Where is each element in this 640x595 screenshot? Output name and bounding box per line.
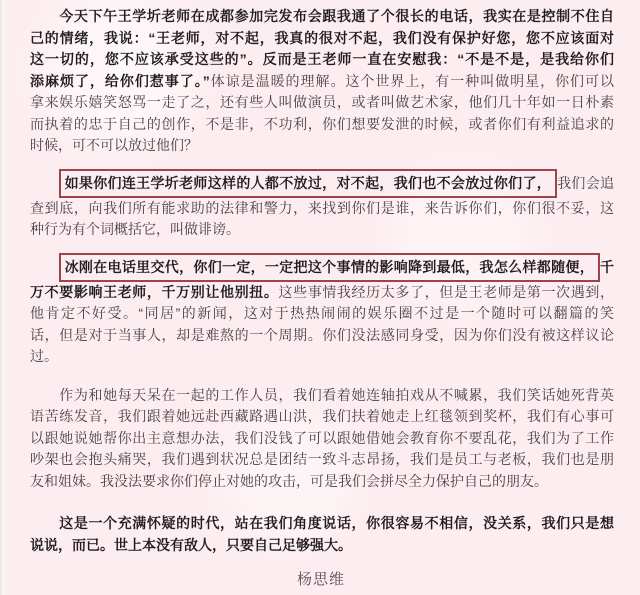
text-line: 他肯定不好受。“同居”的新闻，这对于热热闹闹的娱乐圈不过是一个随时可以翻篇的笑	[30, 303, 614, 325]
text-segment: 友和姐妹。我没法要求你们停止对她的攻击，可是我们会拼尽全力保护自己的朋友。	[30, 473, 548, 489]
article-content: 今天下午王学圻老师在成都参加完发布会跟我通了个很长的电话，我实在是控制不住自己的…	[2, 0, 640, 556]
text-line: 过。	[30, 346, 614, 368]
text-line: 添麻烦了，给你们惹事了。”体谅是温暖的理解。这个世界上，有一种叫做明星，你们可以	[30, 71, 614, 93]
p4-staff-memories: 作为和她每天呆在一起的工作人员，我们看着她连轴拍戏从不喊累，我们笑话她死背英语苦…	[30, 385, 614, 493]
text-line: 作为和她每天呆在一起的工作人员，我们看着她连轴拍戏从不喊累，我们笑话她死背英	[30, 385, 614, 407]
highlight-box: 冰刚在电话里交代，你们一定，一定把这个事情的影响降到最低，我怎么样都随便，	[59, 253, 600, 282]
text-line: 友和姐妹。我没法要求你们停止对她的攻击，可是我们会拼尽全力保护自己的朋友。	[30, 471, 614, 493]
text-segment: 这些事情我经历太多了，但是王老师是第一次遇到，	[278, 284, 614, 300]
text-segment: 而执着的忠于自己的创作，不是非，不功利，你们想要发泄的时候，或者你们有利益追求的	[30, 116, 614, 132]
p3-phone-instruction: 冰刚在电话里交代，你们一定，一定把这个事情的影响降到最低，我怎么样都随便，千万不…	[30, 252, 614, 368]
text-segment: 时候，可不可以放过他们？	[30, 137, 198, 153]
text-segment: 我们会追	[557, 175, 614, 191]
text-segment	[30, 387, 59, 403]
text-segment	[30, 175, 59, 191]
text-segment: 作为和她每天呆在一起的工作人员，我们看着她连轴拍戏从不喊累，我们笑话她死背英	[59, 387, 614, 403]
text-segment: 过。	[30, 348, 58, 364]
text-line: 以跟她说她帮你出主意想办法，我们没钱了可以跟她借她会教育你不要乱花，我们为了工作	[30, 428, 614, 450]
text-line: 如果你们连王学圻老师这样的人都不放过，对不起，我们也不会放过你们了，我们会追	[30, 168, 614, 198]
text-segment: 千	[600, 259, 614, 275]
text-line: 吵架也会抱头痛哭，我们遇到状况总是团结一致斗志昂扬，我们是员工与老板，我们也是朋	[30, 449, 614, 471]
p5-closing: 这是一个充满怀疑的时代，站在我们角度说话，你很容易不相信，没关系，我们只是想说说…	[30, 513, 614, 556]
text-line: 话，但是对于当事人，却是难熬的一个周期。你们没法感同身受，因为你们没有被这样议论	[30, 325, 614, 347]
text-line: 这一切的，您不应该承受这些的”。反而是王老师一直在安慰我：“不是不是，是我给你们	[30, 49, 614, 71]
text-segment: 查到底，向我们所有能求助的法律和警力，来找到你们是谁，来告诉你们，你们很不妥，这	[30, 200, 614, 216]
text-line: 语苦练发音，我们跟着她远赴西藏路遇山洪，我们扶着她走上红毯领到奖杯，我们有心事可	[30, 406, 614, 428]
text-segment	[30, 515, 59, 531]
text-line: 种行为有个词概括它，叫做诽谤。	[30, 219, 614, 241]
text-segment	[30, 8, 59, 24]
text-line: 己的情绪，我说：“王老师，对不起，我真的很对不起，我们没有保护好您，您不应该面对	[30, 28, 614, 50]
text-segment: 万不要影响王老师，千万别让他别扭。	[30, 284, 278, 300]
text-line: 时候，可不可以放过他们？	[30, 135, 614, 157]
text-segment: 说说，而已。世上本没有敌人，只要自己足够强大。	[30, 537, 352, 553]
text-segment: 添麻烦了，给你们惹事了。”	[30, 73, 210, 89]
text-segment: 话，但是对于当事人，却是难熬的一个周期。你们没法感同身受，因为你们没有被这样议论	[30, 327, 614, 343]
text-segment: 这一切的，您不应该承受这些的”。反而是王老师一直在安慰我：“不是不是，是我给你们	[30, 51, 614, 67]
text-segment: 语苦练发音，我们跟着她远赴西藏路遇山洪，我们扶着她走上红毯领到奖杯，我们有心事可	[30, 408, 614, 424]
text-line: 说说，而已。世上本没有敌人，只要自己足够强大。	[30, 535, 614, 557]
text-segment: 以跟她说她帮你出主意想办法，我们没钱了可以跟她借她会教育你不要乱花，我们为了工作	[30, 430, 614, 446]
text-segment: 己的情绪，我说：“王老师，对不起，我真的很对不起，我们没有保护好您，您不应该面对	[30, 30, 614, 46]
text-segment: 这是一个充满怀疑的时代，站在我们角度说话，你很容易不相信，没关系，我们只是想	[59, 515, 614, 531]
text-line: 拿来娱乐嬉笑怒骂一走了之，还有些人叫做演员，或者叫做艺术家，他们几十年如一日朴素	[30, 92, 614, 114]
text-line: 而执着的忠于自己的创作，不是非，不功利，你们想要发泄的时候，或者你们有利益追求的	[30, 114, 614, 136]
text-segment: 今天下午王学圻老师在成都参加完发布会跟我通了个很长的电话，我实在是控制不住自	[59, 8, 614, 24]
text-segment	[30, 259, 59, 275]
text-line: 查到底，向我们所有能求助的法律和警力，来找到你们是谁，来告诉你们，你们很不妥，这	[30, 198, 614, 220]
p2-defamation-warning: 如果你们连王学圻老师这样的人都不放过，对不起，我们也不会放过你们了，我们会追查到…	[30, 168, 614, 241]
text-line: 这是一个充满怀疑的时代，站在我们角度说话，你很容易不相信，没关系，我们只是想	[30, 513, 614, 535]
text-segment: 种行为有个词概括它，叫做诽谤。	[30, 221, 240, 237]
text-segment: 体谅是温暖的理解。这个世界上，有一种叫做明星，你们可以	[210, 73, 614, 89]
text-segment: 他肯定不好受。“同居”的新闻，这对于热热闹闹的娱乐圈不过是一个随时可以翻篇的笑	[30, 305, 614, 321]
text-line: 今天下午王学圻老师在成都参加完发布会跟我通了个很长的电话，我实在是控制不住自	[30, 6, 614, 28]
text-segment: 吵架也会抱头痛哭，我们遇到状况总是团结一致斗志昂扬，我们是员工与老板，我们也是朋	[30, 451, 614, 467]
text-segment: 拿来娱乐嬉笑怒骂一走了之，还有些人叫做演员，或者叫做艺术家，他们几十年如一日朴素	[30, 94, 614, 110]
highlight-box: 如果你们连王学圻老师这样的人都不放过，对不起，我们也不会放过你们了，	[59, 169, 557, 198]
signature: 杨思维	[2, 569, 640, 591]
p1-apology-call: 今天下午王学圻老师在成都参加完发布会跟我通了个很长的电话，我实在是控制不住自己的…	[30, 6, 614, 157]
text-line: 冰刚在电话里交代，你们一定，一定把这个事情的影响降到最低，我怎么样都随便，千	[30, 252, 614, 282]
text-line: 万不要影响王老师，千万别让他别扭。这些事情我经历太多了，但是王老师是第一次遇到，	[30, 282, 614, 304]
article-page: 今天下午王学圻老师在成都参加完发布会跟我通了个很长的电话，我实在是控制不住自己的…	[0, 0, 640, 595]
